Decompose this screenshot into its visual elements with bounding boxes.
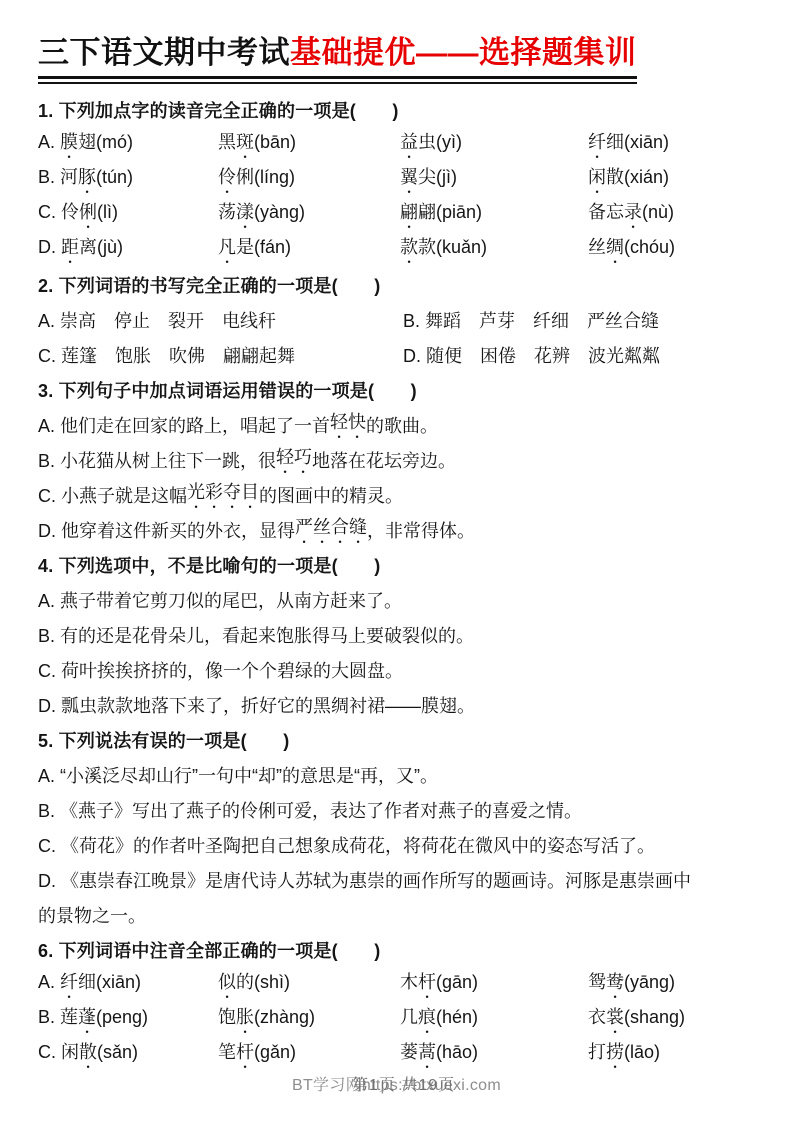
question-1-option-row-d: D. 距离(jù) 凡是(fán) 款款(kuǎn) 丝绸(chóu) bbox=[38, 234, 753, 269]
question-5-option-c: C. 《荷花》的作者叶圣陶把自己想象成荷花，将荷花在微风中的姿态写活了。 bbox=[38, 829, 753, 864]
option-cell: 纤细(xiān) bbox=[588, 130, 753, 162]
question-1-option-row-b: B. 河豚(tún) 伶俐(líng) 翼尖(jì) 闲散(xián) bbox=[38, 164, 753, 199]
option-cell: 益虫(yì) bbox=[400, 130, 588, 162]
option-cell: 丝绸(chóu) bbox=[588, 235, 753, 267]
question-5-prompt: 5. 下列说法有误的一项是( ) bbox=[38, 724, 753, 759]
page-footer: BT学习网https://btxuexi.com 第1页 共19页 bbox=[0, 1066, 793, 1101]
question-2-prompt: 2. 下列词语的书写完全正确的一项是( ) bbox=[38, 269, 753, 304]
option-cell: B. 莲蓬(peng) bbox=[38, 1005, 218, 1037]
question-3-prompt: 3. 下列句子中加点词语运用错误的一项是( ) bbox=[38, 374, 753, 409]
option-cell: 木杆(gān) bbox=[400, 970, 588, 1002]
question-3-option-d: D. 他穿着这件新买的外衣，显得严丝合缝，非常得体。 bbox=[38, 514, 753, 549]
option-cell: C. 莲篷 饱胀 吹佛 翩翩起舞 bbox=[38, 344, 403, 368]
title-underline-thin bbox=[38, 82, 637, 84]
option-cell: 翼尖(jì) bbox=[400, 165, 588, 197]
question-5-option-b: B. 《燕子》写出了燕子的伶俐可爱，表达了作者对燕子的喜爱之情。 bbox=[38, 794, 753, 829]
option-cell: 鸳鸯(yāng) bbox=[588, 970, 753, 1002]
option-cell: 衣裳(shang) bbox=[588, 1005, 753, 1037]
question-1-option-row-c: C. 伶俐(lì) 荡漾(yàng) 翩翩(piān) 备忘录(nù) bbox=[38, 199, 753, 234]
exam-page: 三下语文期中考试基础提优——选择题集训 1. 下列加点字的读音完全正确的一项是(… bbox=[0, 0, 793, 1074]
exam-title-red-part: 基础提优——选择题集训 bbox=[290, 35, 637, 70]
question-3-option-a: A. 他们走在回家的路上，唱起了一首轻快的歌曲。 bbox=[38, 409, 753, 444]
exam-title-text: 三下语文期中考试基础提优——选择题集训 bbox=[38, 34, 637, 73]
question-2-option-row-ab: A. 崇高 停止 裂开 电线秆 B. 舞蹈 芦芽 纤细 严丝合缝 bbox=[38, 304, 753, 339]
question-6-prompt: 6. 下列词语中注音全部正确的一项是( ) bbox=[38, 934, 753, 969]
question-1-prompt: 1. 下列加点字的读音完全正确的一项是( ) bbox=[38, 94, 753, 129]
question-5-option-d-continuation: 的景物之一。 bbox=[38, 899, 753, 934]
question-3: 3. 下列句子中加点词语运用错误的一项是( ) A. 他们走在回家的路上，唱起了… bbox=[38, 374, 753, 549]
option-cell: 备忘录(nù) bbox=[588, 200, 753, 232]
option-cell: A. 崇高 停止 裂开 电线秆 bbox=[38, 309, 403, 333]
option-cell: B. 舞蹈 芦芽 纤细 严丝合缝 bbox=[403, 309, 753, 333]
question-5: 5. 下列说法有误的一项是( ) A. “小溪泛尽却山行”一句中“却”的意思是“… bbox=[38, 724, 753, 934]
option-cell: D. 距离(jù) bbox=[38, 235, 218, 267]
option-cell: C. 伶俐(lì) bbox=[38, 200, 218, 232]
option-cell: A. 膜翅(mó) bbox=[38, 130, 218, 162]
exam-title: 三下语文期中考试基础提优——选择题集训 bbox=[38, 34, 637, 84]
question-5-option-d: D. 《惠崇春江晚景》是唐代诗人苏轼为惠崇的画作所写的题画诗。河豚是惠崇画中 bbox=[38, 864, 753, 899]
option-cell: 黑斑(bān) bbox=[218, 130, 400, 162]
question-3-option-c: C. 小燕子就是这幅光彩夺目的图画中的精灵。 bbox=[38, 479, 753, 514]
question-4-option-a: A. 燕子带着它剪刀似的尾巴，从南方赶来了。 bbox=[38, 584, 753, 619]
option-cell: 翩翩(piān) bbox=[400, 200, 588, 232]
option-cell: 闲散(xián) bbox=[588, 165, 753, 197]
option-cell: 伶俐(líng) bbox=[218, 165, 400, 197]
option-cell: A. 纤细(xiān) bbox=[38, 970, 218, 1002]
option-cell: 几痕(hén) bbox=[400, 1005, 588, 1037]
question-4-option-d: D. 瓢虫款款地落下来了，折好它的黑绸衬裙——膜翅。 bbox=[38, 689, 753, 724]
question-4-prompt: 4. 下列选项中，不是比喻句的一项是( ) bbox=[38, 549, 753, 584]
question-6: 6. 下列词语中注音全部正确的一项是( ) A. 纤细(xiān) 似的(shì… bbox=[38, 934, 753, 1074]
question-3-option-b: B. 小花猫从树上往下一跳，很轻巧地落在花坛旁边。 bbox=[38, 444, 753, 479]
question-1: 1. 下列加点字的读音完全正确的一项是( ) A. 膜翅(mó) 黑斑(bān)… bbox=[38, 94, 753, 269]
footer-page-number: 第1页 共19页 bbox=[352, 1072, 455, 1095]
option-cell: D. 随便 困倦 花辨 波光粼粼 bbox=[403, 344, 753, 368]
question-4: 4. 下列选项中，不是比喻句的一项是( ) A. 燕子带着它剪刀似的尾巴，从南方… bbox=[38, 549, 753, 724]
option-cell: 凡是(fán) bbox=[218, 235, 400, 267]
question-6-option-row-a: A. 纤细(xiān) 似的(shì) 木杆(gān) 鸳鸯(yāng) bbox=[38, 969, 753, 1004]
title-underline-thick bbox=[38, 76, 637, 79]
question-1-option-row-a: A. 膜翅(mó) 黑斑(bān) 益虫(yì) 纤细(xiān) bbox=[38, 129, 753, 164]
question-4-option-c: C. 荷叶挨挨挤挤的，像一个个碧绿的大圆盘。 bbox=[38, 654, 753, 689]
question-2: 2. 下列词语的书写完全正确的一项是( ) A. 崇高 停止 裂开 电线秆 B.… bbox=[38, 269, 753, 374]
question-2-option-row-cd: C. 莲篷 饱胀 吹佛 翩翩起舞 D. 随便 困倦 花辨 波光粼粼 bbox=[38, 339, 753, 374]
option-cell: 饱胀(zhàng) bbox=[218, 1005, 400, 1037]
question-4-option-b: B. 有的还是花骨朵儿，看起来饱胀得马上要破裂似的。 bbox=[38, 619, 753, 654]
question-6-option-row-b: B. 莲蓬(peng) 饱胀(zhàng) 几痕(hén) 衣裳(shang) bbox=[38, 1004, 753, 1039]
option-cell: 荡漾(yàng) bbox=[218, 200, 400, 232]
option-cell: B. 河豚(tún) bbox=[38, 165, 218, 197]
question-5-option-a: A. “小溪泛尽却山行”一句中“却”的意思是“再，又”。 bbox=[38, 759, 753, 794]
option-cell: 款款(kuǎn) bbox=[400, 235, 588, 267]
exam-title-black-part: 三下语文期中考试 bbox=[38, 35, 290, 70]
option-cell: 似的(shì) bbox=[218, 970, 400, 1002]
